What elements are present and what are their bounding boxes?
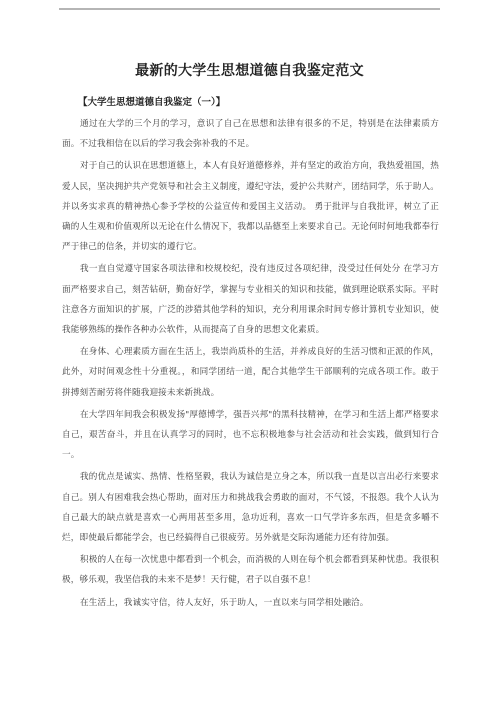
paragraph: 积极的人在每一次忧患中都看到一个机会，而消极的人则在每个机会都看到某种忧患。我很…	[62, 550, 439, 590]
paragraph: 在大学四年间我会积极发扬"厚德博学，强吾兴邦"的黑科技精神，在学习和生活上都严格…	[62, 405, 439, 466]
paragraph: 在身体、心理素质方面在生活上，我崇尚质朴的生活，并养成良好的生活习惯和正派的作风…	[62, 342, 439, 403]
document-title: 最新的大学生思想道德自我鉴定范文	[0, 60, 499, 80]
paragraph: 通过在大学的三个月的学习，意识了自己在思想和法律有很多的不足，特别是在法律素质方…	[62, 114, 439, 154]
paragraph: 对于自己的认识在思想道德上，本人有良好道德修养，并有坚定的政治方向，我热爱祖国，…	[62, 156, 439, 257]
document-body: 通过在大学的三个月的学习，意识了自己在思想和法律有很多的不足，特别是在法律素质方…	[62, 114, 439, 615]
paragraph: 我一直自觉遵守国家各项法律和校规校纪，没有违反过各项纪律，没受过任何处分 在学习…	[62, 259, 439, 340]
section-heading: 【大学生思想道德自我鉴定（一）】	[78, 94, 225, 108]
paragraph: 我的优点是诚实、热情、性格坚毅，我认为诚信是立身之本，所以我一直是以言出必行来要…	[62, 467, 439, 548]
header-rule	[59, 8, 440, 10]
paragraph: 在生活上，我诚实守信，待人友好，乐于助人，一直以来与同学相处融洽。	[62, 593, 439, 613]
